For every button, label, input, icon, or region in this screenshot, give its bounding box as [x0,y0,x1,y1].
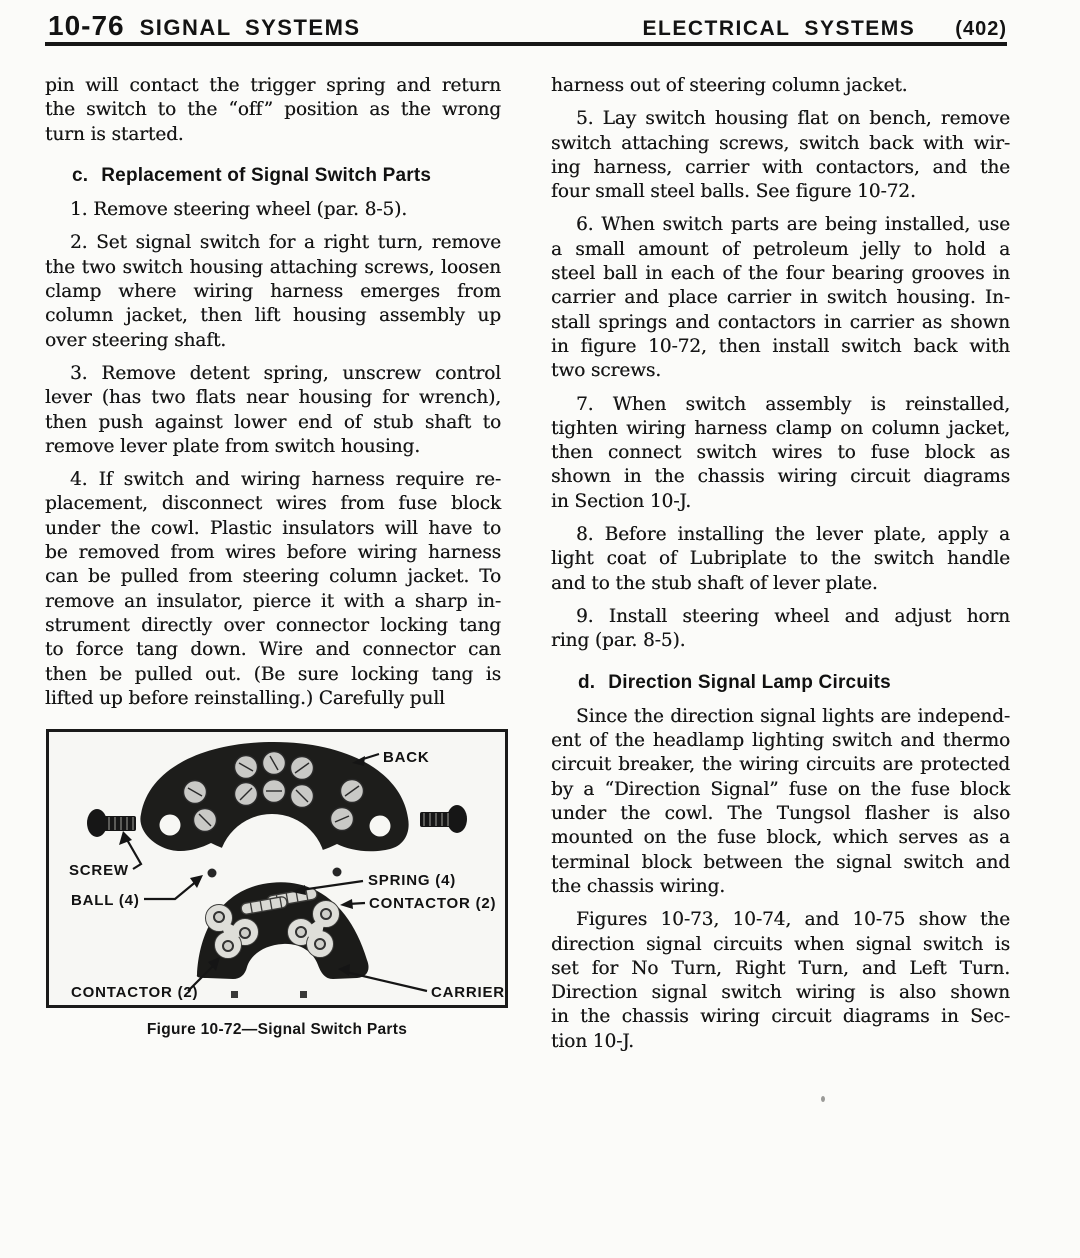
paragraph: 5. Lay switch housing flat on bench, rem… [551,107,1010,204]
left-column: pin will contact the trigger spring and … [45,74,501,711]
paragraph: Since the direction signal lights are in… [551,705,1010,899]
steel-ball [208,869,217,878]
heading-label: c. [72,164,88,188]
figure-10-72: BACK SCREW BALL (4) SPRING (4) CONTACTOR… [46,729,508,1008]
figure-label-contactor-right: CONTACTOR (2) [369,895,496,912]
steel-ball [300,991,307,998]
header-right: ELECTRICAL SYSTEMS (402) [642,17,1007,41]
paragraph: harness out of steering column jacket. [551,74,1010,98]
paragraph: 2. Set signal switch for a right turn, r… [45,231,501,352]
paragraph: 1. Remove steering wheel (par. 8-5). [45,198,501,222]
steel-ball [333,868,342,877]
figure-label-screw: SCREW [69,862,129,879]
paragraph: 8. Before installing the lever plate, ap… [551,523,1010,596]
page-header: 10-76 SIGNAL SYSTEMS ELECTRICAL SYSTEMS … [48,10,1007,42]
figure-caption: Figure 10-72—Signal Switch Parts [46,1021,508,1039]
paragraph: 4. If switch and wiring harness require … [45,468,501,711]
figure-label-ball: BALL (4) [71,892,140,909]
heading-label: d. [578,671,595,695]
section-number: 10-76 [48,10,125,42]
scan-speck [821,1096,825,1102]
mounting-hole-left [160,815,181,836]
section-title: SIGNAL SYSTEMS [140,15,361,41]
paragraph: 7. When switch assembly is reinstalled,t… [551,393,1010,514]
page-number: (402) [955,18,1007,41]
paragraph: 9. Install steering wheel and adjust hor… [551,605,1010,654]
figure-label-carrier: CARRIER [431,984,505,1001]
paragraph: Figures 10-73, 10-74, and 10-75 show the… [551,908,1010,1054]
chapter-title: ELECTRICAL SYSTEMS [642,17,915,41]
manual-page: 10-76 SIGNAL SYSTEMS ELECTRICAL SYSTEMS … [0,0,1080,1258]
heading-title: Replacement of Signal Switch Parts [101,164,431,188]
mounting-hole-right [370,816,391,837]
heading-title: Direction Signal Lamp Circuits [608,671,891,695]
paragraph: 6. When switch parts are being installed… [551,213,1010,383]
right-column: harness out of steering column jacket. 5… [551,74,1010,1054]
section-heading-d: d. Direction Signal Lamp Circuits [578,671,1010,695]
figure-label-contactor-left: CONTACTOR (2) [71,984,198,1001]
figure-label-spring: SPRING (4) [368,872,456,889]
section-heading-c: c. Replacement of Signal Switch Parts [72,164,501,188]
figure-label-back: BACK [383,749,430,766]
paragraph: 3. Remove detent spring, unscrew control… [45,362,501,459]
paragraph: pin will contact the trigger spring and … [45,74,501,147]
steel-ball [231,991,238,998]
header-rule [45,42,1007,46]
